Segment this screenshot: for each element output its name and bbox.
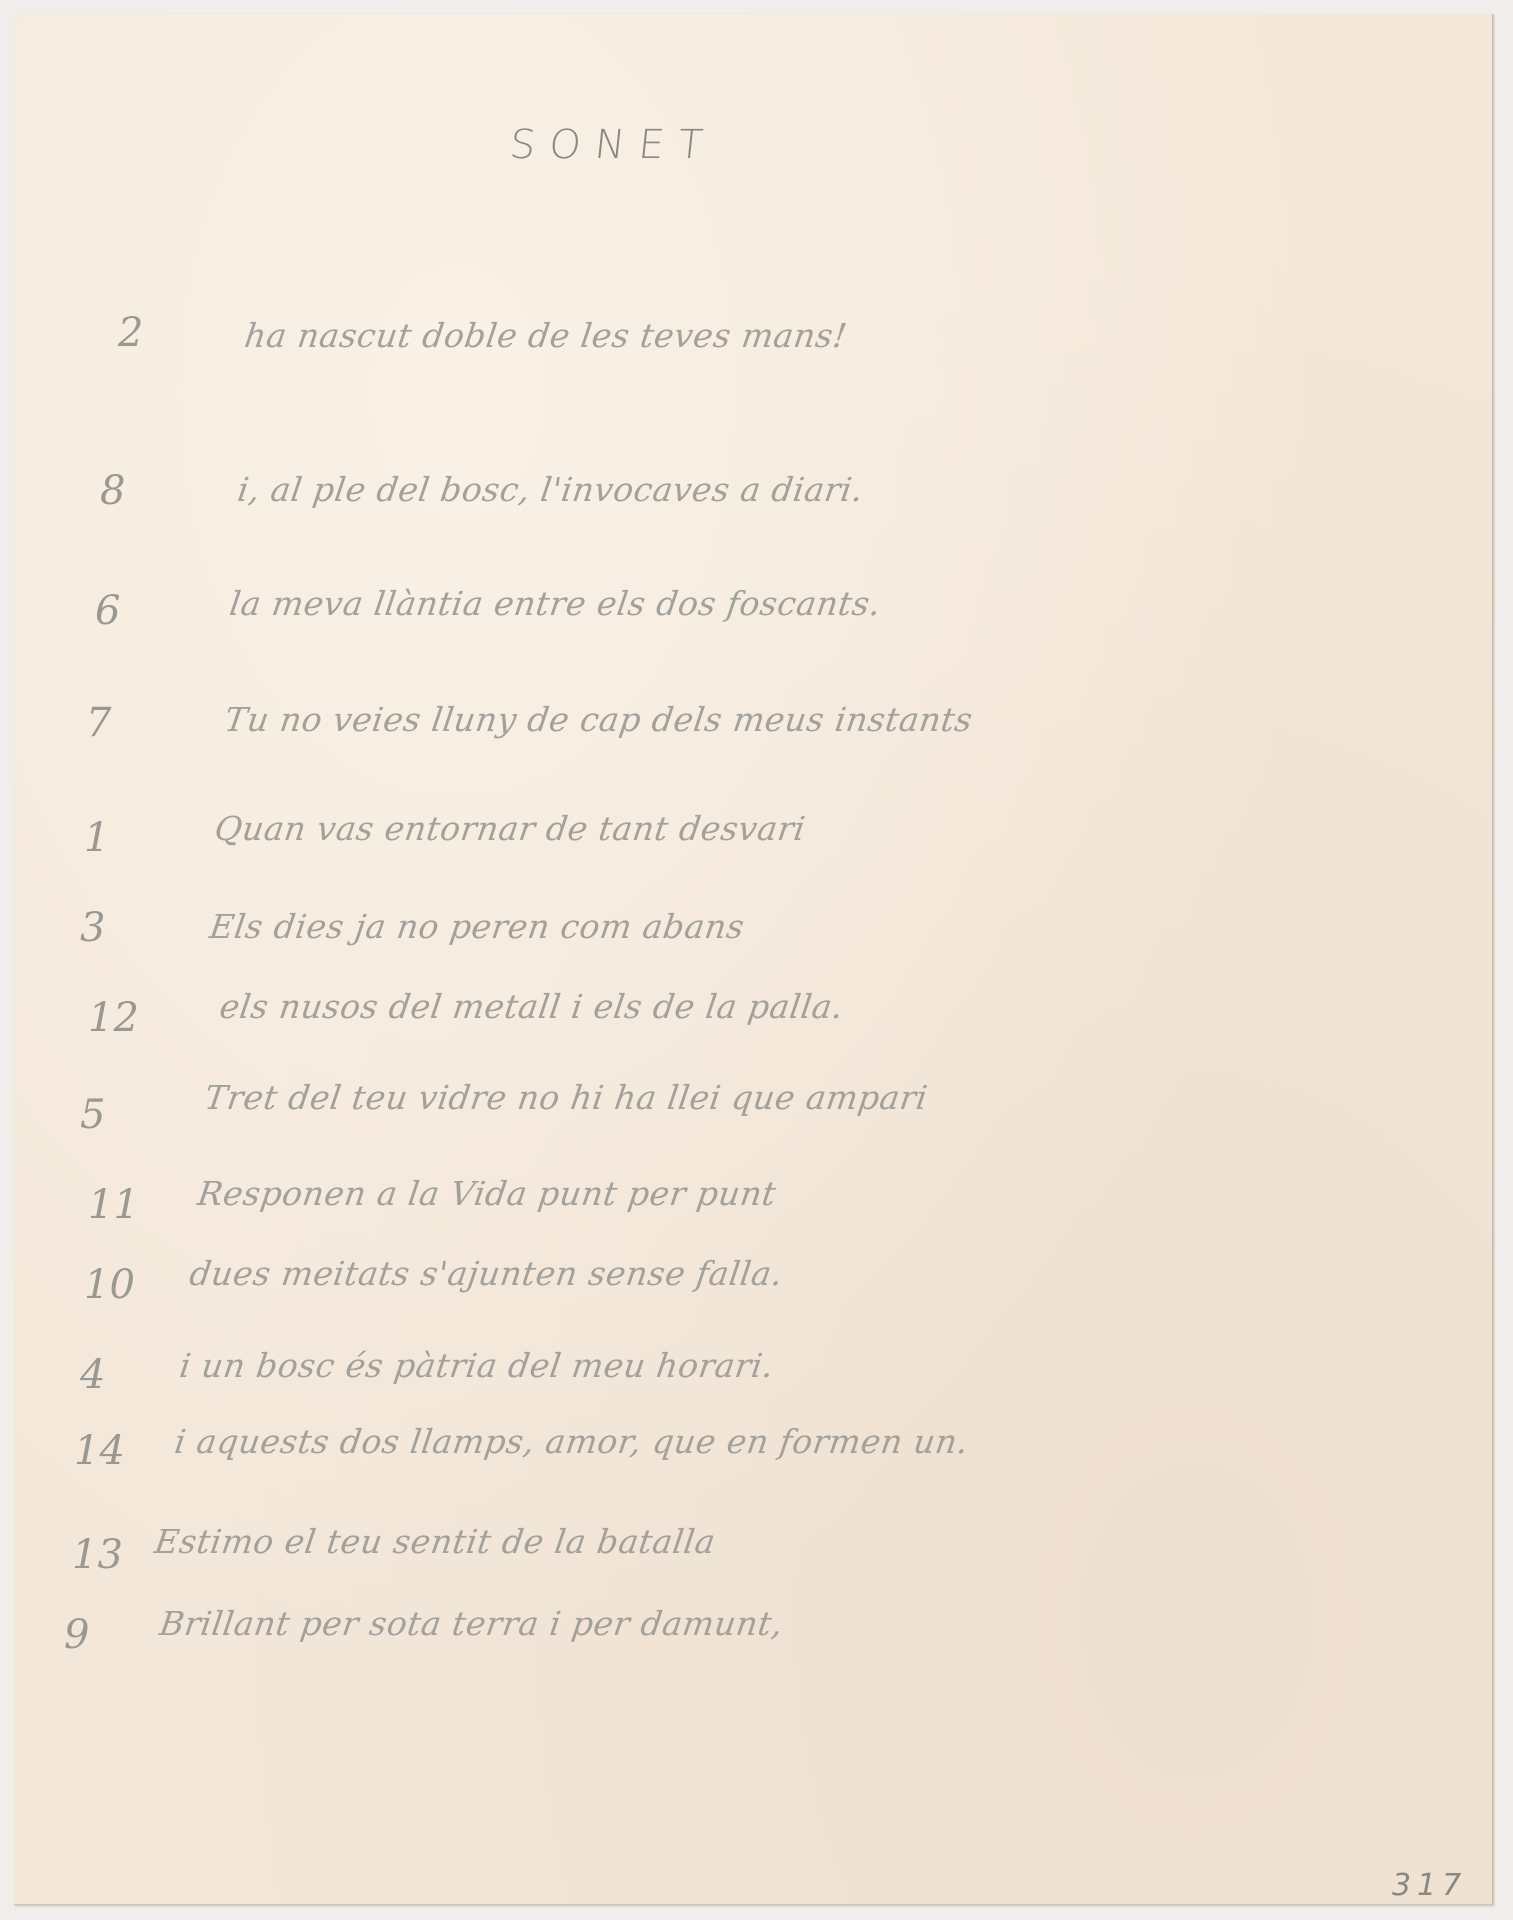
line-text: Brillant per sota terra i per damunt,	[157, 1604, 785, 1643]
poem-line: 10 dues meitats s'ajunten sense falla.	[0, 1262, 1200, 1332]
poem-line: 9 Brillant per sota terra i per damunt,	[0, 1612, 1200, 1682]
line-text: i, al ple del bosc, l'invocaves a diari.	[235, 470, 866, 509]
line-number: 2	[118, 310, 143, 356]
line-number: 9	[64, 1612, 89, 1658]
line-text: i un bosc és pàtria del meu horari.	[177, 1346, 776, 1385]
line-number: 13	[72, 1532, 123, 1578]
poem-title: SONET	[508, 122, 719, 168]
line-text: i aquests dos llamps, amor, que en forme…	[172, 1422, 971, 1461]
poem-line: 1 Quan vas entornar de tant desvari	[0, 815, 1200, 885]
poem-line: 7 Tu no veies lluny de cap dels meus ins…	[0, 700, 1200, 770]
poem-line: 14 i aquests dos llamps, amor, que en fo…	[0, 1428, 1200, 1498]
scanned-page: SONET 2 ha nascut doble de les teves man…	[0, 0, 1513, 1920]
line-number: 3	[80, 905, 105, 951]
line-text: Responen a la Vida punt per punt	[195, 1174, 778, 1213]
line-number: 10	[84, 1262, 135, 1308]
poem-line: 12 els nusos del metall i els de la pall…	[0, 993, 1200, 1063]
line-number: 7	[86, 700, 111, 746]
poem-line: 11 Responen a la Vida punt per punt	[0, 1182, 1200, 1252]
line-text: els nusos del metall i els de la palla.	[217, 987, 846, 1026]
poem-line: 13 Estimo el teu sentit de la batalla	[0, 1532, 1200, 1602]
line-text: Quan vas entornar de tant desvari	[212, 809, 808, 848]
line-text: la meva llàntia entre els dos foscants.	[227, 584, 883, 623]
line-number: 4	[80, 1352, 105, 1398]
line-number: 8	[100, 468, 125, 514]
line-text: Estimo el teu sentit de la batalla	[152, 1522, 718, 1561]
poem-line: 5 Tret del teu vidre no hi ha llei que a…	[0, 1092, 1200, 1162]
line-number: 11	[88, 1182, 139, 1228]
line-text: Tu no veies lluny de cap dels meus insta…	[222, 700, 975, 739]
line-number: 12	[88, 995, 139, 1041]
line-number: 14	[74, 1428, 125, 1474]
poem-line: 2 ha nascut doble de les teves mans!	[0, 310, 1200, 380]
poem-line: 8 i, al ple del bosc, l'invocaves a diar…	[0, 468, 1200, 538]
line-number: 5	[80, 1092, 105, 1138]
line-number: 1	[84, 815, 109, 861]
line-text: Els dies ja no peren com abans	[207, 907, 747, 946]
poem-line: 3 Els dies ja no peren com abans	[0, 905, 1200, 975]
poem-line: 4 i un bosc és pàtria del meu horari.	[0, 1352, 1200, 1422]
line-text: Tret del teu vidre no hi ha llei que amp…	[202, 1078, 930, 1117]
page-number: 317	[1392, 1868, 1467, 1903]
line-text: ha nascut doble de les teves mans!	[242, 316, 849, 355]
poem-line: 6 la meva llàntia entre els dos foscants…	[0, 588, 1200, 658]
line-text: dues meitats s'ajunten sense falla.	[187, 1254, 785, 1293]
line-number: 6	[95, 588, 120, 634]
